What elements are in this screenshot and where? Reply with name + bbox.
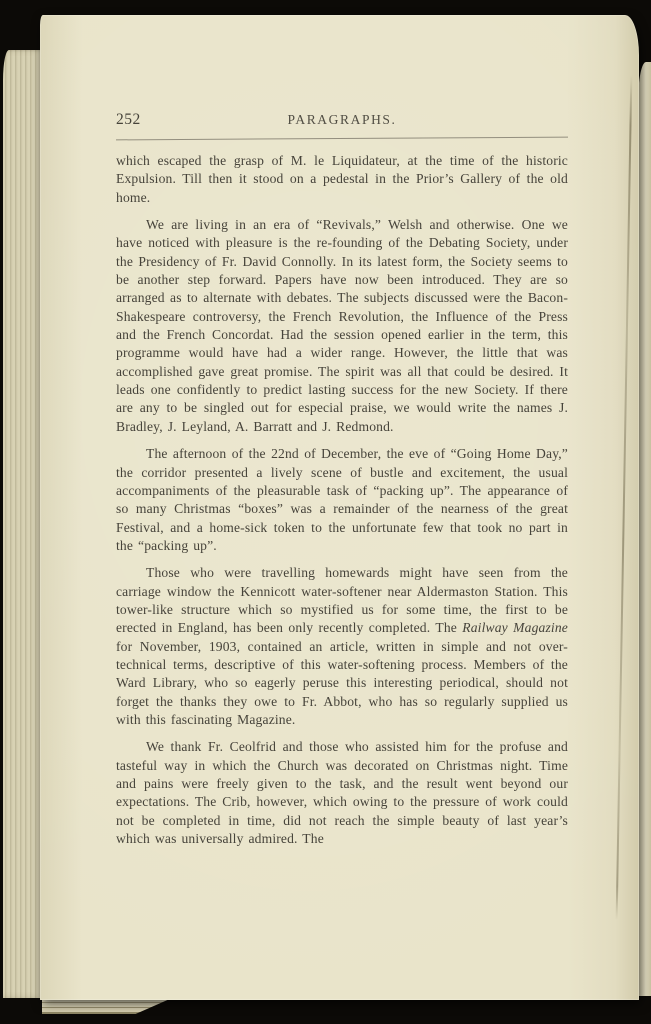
running-head: PARAGRAPHS. xyxy=(206,112,478,128)
text-run: The afternoon of the 22nd of December, t… xyxy=(116,446,568,553)
underlying-page-edge xyxy=(638,62,651,996)
paragraph: We thank Fr. Ceolfrid and those who assi… xyxy=(116,738,568,848)
header-rule xyxy=(116,137,568,141)
italic-periodical-title: Railway Magazine xyxy=(462,620,568,635)
page-corner-stack xyxy=(42,998,172,1014)
page-number: 252 xyxy=(116,111,206,129)
paragraph: The afternoon of the 22nd of December, t… xyxy=(116,445,568,555)
paragraph: We are living in an era of “Revivals,” W… xyxy=(116,216,568,436)
book-page: 252 PARAGRAPHS. which escaped the grasp … xyxy=(40,15,639,1000)
page-crease xyxy=(616,75,633,920)
paragraph: Those who were travelling homewards migh… xyxy=(116,564,568,729)
page-stack-edge xyxy=(3,50,45,998)
page-text: which escaped the grasp of M. le Liquida… xyxy=(116,152,568,848)
page-content: 252 PARAGRAPHS. which escaped the grasp … xyxy=(116,111,568,857)
text-run: We thank Fr. Ceolfrid and those who assi… xyxy=(116,739,568,846)
page-header: 252 PARAGRAPHS. xyxy=(116,111,568,129)
paragraph: which escaped the grasp of M. le Liquida… xyxy=(116,152,568,207)
text-run: for November, 1903, contained an article… xyxy=(116,639,568,727)
text-run: We are living in an era of “Revivals,” W… xyxy=(116,217,568,434)
book-photo: 252 PARAGRAPHS. which escaped the grasp … xyxy=(0,0,651,1024)
text-run: which escaped the grasp of M. le Liquida… xyxy=(116,153,568,205)
